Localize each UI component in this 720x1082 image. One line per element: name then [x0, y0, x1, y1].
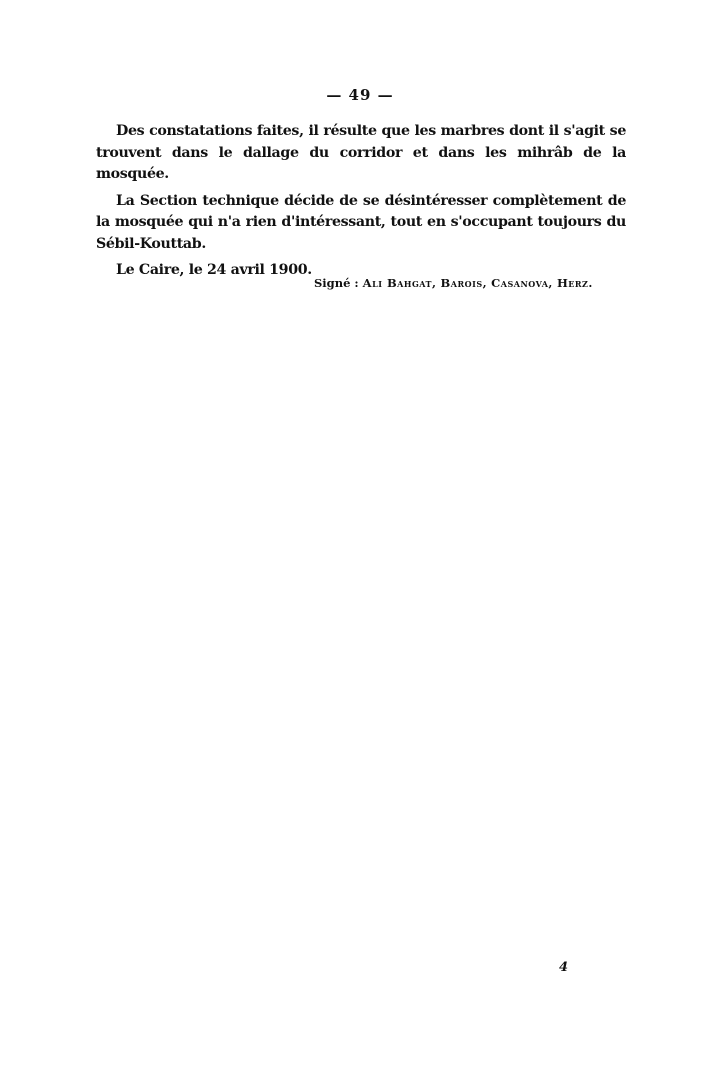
document-body: Des constatations faites, il résulte que…: [96, 121, 626, 282]
signature-line: Signé : Ali Bahgat, Barois, Casanova, He…: [314, 276, 593, 290]
printer-signature-mark: 4: [559, 960, 568, 975]
paragraph-decision: La Section technique décide de se désint…: [96, 191, 626, 256]
signatory-name: Barois,: [441, 276, 488, 290]
signature-prefix: Signé :: [314, 276, 359, 290]
signatory-name: Herz.: [557, 276, 593, 290]
page-number: — 49 —: [0, 86, 720, 104]
paragraph-findings: Des constatations faites, il résulte que…: [96, 121, 626, 186]
signatory-name: Casanova,: [491, 276, 553, 290]
signatory-name: Ali Bahgat,: [363, 276, 437, 290]
